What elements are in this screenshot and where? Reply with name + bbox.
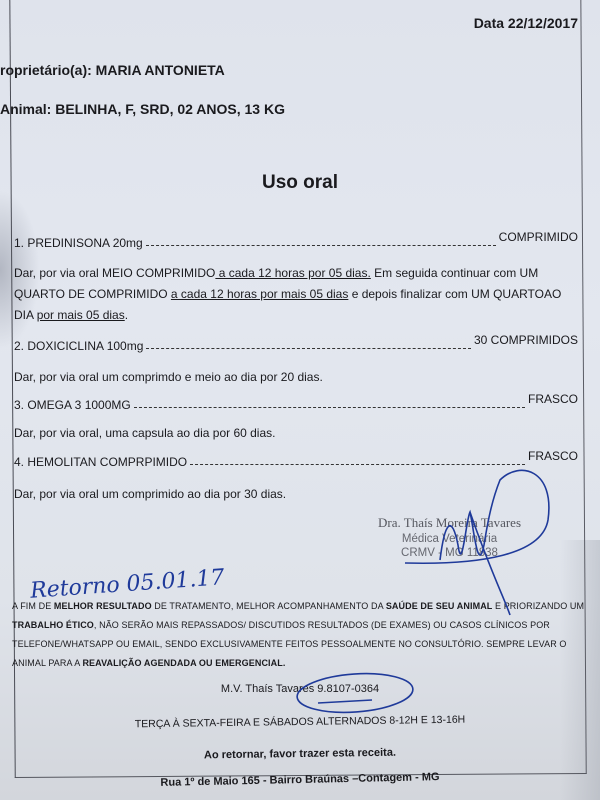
notice-text: A FIM DE [12, 601, 54, 611]
notice-text: E PRIORIZANDO UM [492, 601, 584, 611]
dotted-leader [134, 407, 525, 408]
medication-quantity: 30 COMPRIMIDOS [474, 333, 578, 347]
instruction-text: Dar, por via oral um comprimido ao dia p… [14, 487, 286, 501]
notice-text: MELHOR RESULTADO [54, 601, 152, 611]
instruction-text: por mais 05 dias [37, 308, 125, 322]
medication-name: 4. HEMOLITAN COMPRPIMIDO [14, 455, 187, 469]
instruction-text: Dar, por via oral, uma capsula ao dia po… [14, 426, 275, 440]
medication-quantity: FRASCO [528, 449, 578, 463]
medication-name: 1. PREDINISONA 20mg [14, 236, 143, 250]
veterinarian-role: Médica Veterinária [378, 533, 521, 545]
notice-text: DE TRATAMENTO, MELHOR ACOMPANHAMENTO DA [152, 601, 386, 611]
owner-name: roprietário(a): MARIA ANTONIETA [0, 62, 225, 78]
medication-quantity: FRASCO [528, 392, 578, 406]
medication-instructions: Dar, por via oral, uma capsula ao dia po… [14, 423, 578, 444]
notice-text: TRABALHO ÉTICO [12, 620, 94, 630]
instruction-text: a cada 12 horas por 05 dias. [215, 266, 370, 280]
medication-quantity: COMPRIMIDO [499, 230, 578, 244]
dotted-leader [146, 348, 471, 349]
medication-name: 3. OMEGA 3 1000MG [14, 398, 131, 412]
dotted-leader [146, 245, 496, 246]
instruction-text: . [125, 308, 128, 322]
instruction-text: a cada 12 horas por mais 05 dias [171, 287, 348, 301]
dotted-leader [190, 464, 525, 465]
medication-item: 3. OMEGA 3 1000MG FRASCO [14, 398, 578, 412]
section-title: Uso oral [0, 172, 600, 194]
instruction-text: Dar, por via oral MEIO COMPRIMIDO [14, 266, 215, 280]
notice-text: . [283, 658, 286, 668]
medication-item: 2. DOXICICLINA 100mg 30 COMPRIMIDOS [14, 339, 578, 353]
notice-text: SAÚDE DE SEU ANIMAL [386, 601, 493, 611]
medication-instructions: Dar, por via oral um comprimdo e meio ao… [14, 367, 578, 388]
medication-instructions: Dar, por via oral MEIO COMPRIMIDO a cada… [14, 263, 578, 326]
medication-item: 4. HEMOLITAN COMPRPIMIDO FRASCO [14, 455, 578, 469]
animal-info: Animal: BELINHA, F, SRD, 02 ANOS, 13 KG [0, 101, 285, 117]
policy-notice: A FIM DE MELHOR RESULTADO DE TRATAMENTO,… [12, 597, 586, 673]
veterinarian-stamp: Dra. Thaís Moreira Tavares Médica Veteri… [378, 515, 521, 559]
notice-text: REAVALIÇÃO AGENDADA OU EMERGENCIAL [82, 658, 282, 668]
medication-instructions: Dar, por via oral um comprimido ao dia p… [14, 484, 578, 505]
contact-line: M.V. Thaís Tavares 9.8107-0364 [0, 683, 600, 695]
veterinarian-registry: CRMV - MG 11838 [378, 547, 521, 559]
prescription-date: Data 22/12/2017 [474, 15, 578, 31]
instruction-text: Dar, por via oral um comprimdo e meio ao… [14, 370, 323, 384]
medication-item: 1. PREDINISONA 20mg COMPRIMIDO [14, 236, 578, 250]
medication-name: 2. DOXICICLINA 100mg [14, 339, 143, 353]
veterinarian-name: Dra. Thaís Moreira Tavares [378, 515, 521, 531]
